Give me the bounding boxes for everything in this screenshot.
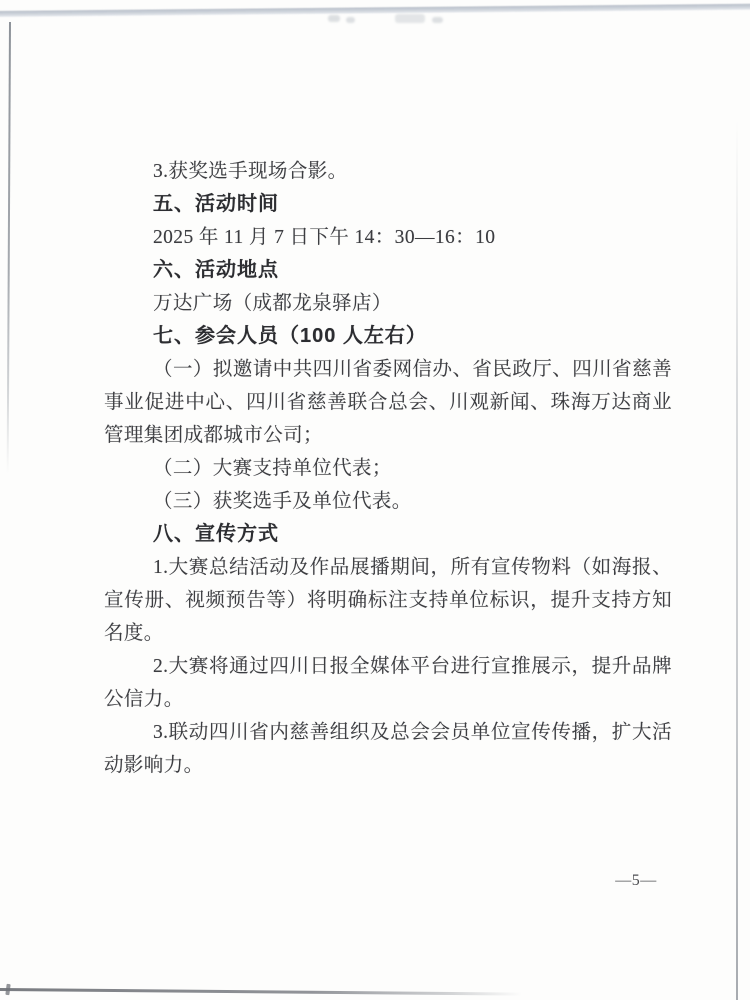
text-line: 宣传册、视频预告等）将明确标注支持单位标识，提升支持方知 [104,584,672,617]
scanned-page: 3.获奖选手现场合影。 五、活动时间 2025 年 11 月 7 日下午 14：… [0,0,750,1000]
scan-smudge [432,17,443,23]
text-line: 万达广场（成都龙泉驿店） [104,287,672,320]
scan-edge-right [736,120,738,1000]
section-heading: 五、活动时间 [104,188,672,221]
text-line: 3.联动四川省内慈善组织及总会会员单位宣传传播，扩大活 [104,716,672,749]
section-heading: 六、活动地点 [104,254,672,287]
scan-edge-corner-mark [5,984,10,995]
text-line: （二）大赛支持单位代表； [104,452,672,485]
text-line: 1.大赛总结活动及作品展播期间，所有宣传物料（如海报、 [104,551,672,584]
scan-edge-top [0,4,750,17]
scan-edge-bottom [0,988,522,995]
text-line: 动影响力。 [104,749,672,782]
text-line: 2025 年 11 月 7 日下午 14：30—16：10 [104,221,672,254]
text-line: 3.获奖选手现场合影。 [104,155,672,188]
text-line: （三）获奖选手及单位代表。 [104,485,672,518]
text-line: 管理集团成都城市公司； [104,419,672,452]
scan-smudge [346,17,355,23]
text-line: 2.大赛将通过四川日报全媒体平台进行宣推展示，提升品牌 [104,650,672,683]
document-body: 3.获奖选手现场合影。 五、活动时间 2025 年 11 月 7 日下午 14：… [104,155,672,782]
scan-smudge [328,15,340,22]
scan-smudge [395,14,425,23]
scan-edge-left [7,22,11,474]
text-line: （一）拟邀请中共四川省委网信办、省民政厅、四川省慈善 [104,353,672,386]
text-line: 事业促进中心、四川省慈善联合总会、川观新闻、珠海万达商业 [104,386,672,419]
page-number: —5— [606,872,666,890]
text-line: 名度。 [104,617,672,650]
section-heading: 七、参会人员（100 人左右） [104,320,672,353]
section-heading: 八、宣传方式 [104,518,672,551]
text-line: 公信力。 [104,683,672,716]
